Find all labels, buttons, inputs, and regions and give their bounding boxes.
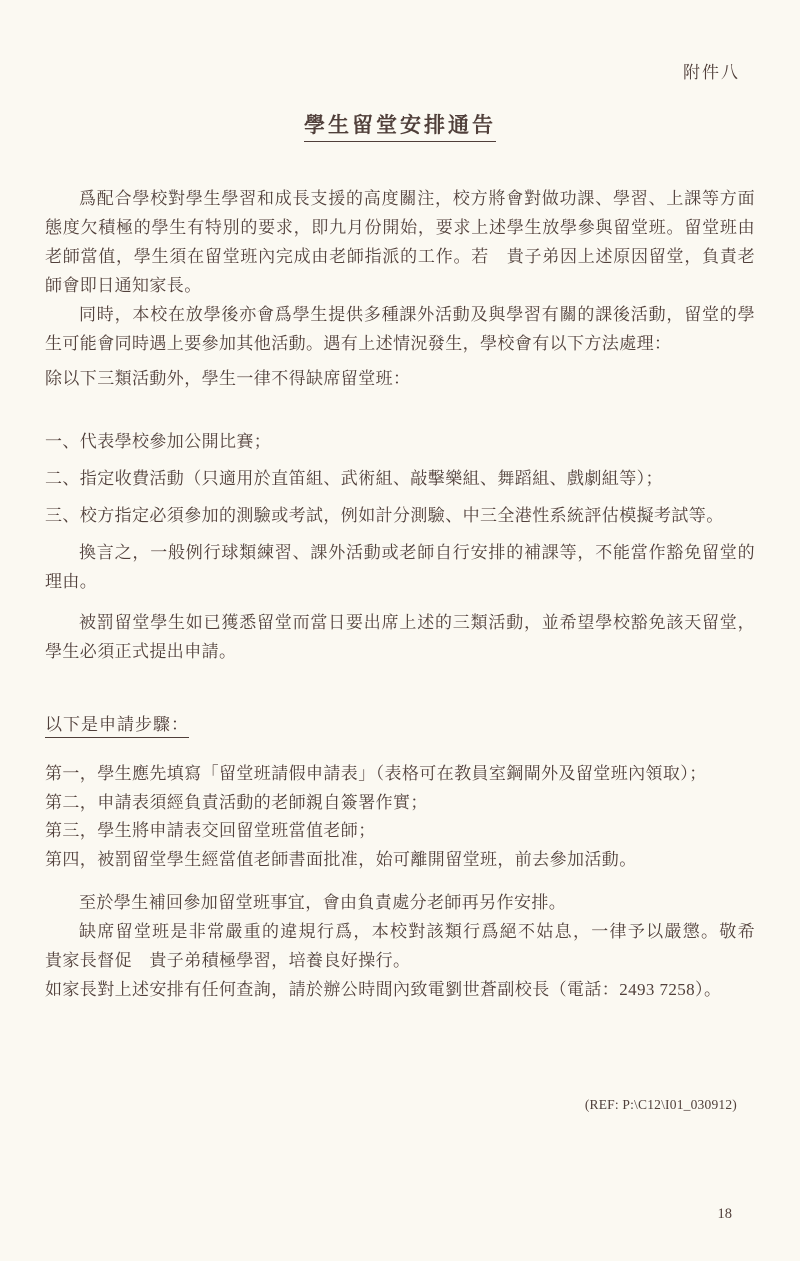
exception-item-3: 三、校方指定必須參加的測驗或考試，例如計分測驗、中三全港性系統評估模擬考試等。 xyxy=(45,501,755,530)
exception-item-1: 一、代表學校參加公開比賽； xyxy=(45,427,755,456)
step-1: 第一，學生應先填寫「留堂班請假申請表」（表格可在教員室鋼閘外及留堂班內領取）； xyxy=(45,760,755,789)
paragraph-warning: 缺席留堂班是非常嚴重的違規行爲，本校對該類行爲絕不姑息，一律予以嚴懲。敬希 貴家… xyxy=(45,917,755,975)
attachment-label: 附件八 xyxy=(45,0,755,83)
document-page: 附件八 學生留堂安排通告 爲配合學校對學生學習和成長支援的高度關注，校方將會對做… xyxy=(0,0,800,1004)
page-title: 學生留堂安排通告 xyxy=(304,109,496,142)
steps-heading: 以下是申請步驟： xyxy=(45,710,189,738)
step-4: 第四，被罰留堂學生經當值老師書面批准，始可離開留堂班，前去參加活動。 xyxy=(45,846,755,875)
no-absence-rule: 除以下三類活動外，學生一律不得缺席留堂班： xyxy=(45,364,755,393)
paragraph-enquiry: 如家長對上述安排有任何查詢，請於辦公時間內致電劉世蒼副校長（電話：2493 72… xyxy=(45,975,755,1004)
steps-list: 第一，學生應先填寫「留堂班請假申請表」（表格可在教員室鋼閘外及留堂班內領取）； … xyxy=(45,760,755,874)
paragraph-application: 被罰留堂學生如已獲悉留堂而當日要出席上述的三類活動，並希望學校豁免該天留堂，學生… xyxy=(45,608,755,666)
exception-note: 換言之，一般例行球類練習、課外活動或老師自行安排的補課等，不能當作豁免留堂的理由… xyxy=(45,538,755,596)
title-container: 學生留堂安排通告 xyxy=(45,109,755,142)
exception-item-2: 二、指定收費活動（只適用於直笛組、武術組、敲擊樂組、舞蹈組、戲劇組等）； xyxy=(45,464,755,493)
exception-list: 一、代表學校參加公開比賽； 二、指定收費活動（只適用於直笛組、武術組、敲擊樂組、… xyxy=(45,427,755,596)
paragraph-intro: 爲配合學校對學生學習和成長支援的高度關注，校方將會對做功課、學習、上課等方面態度… xyxy=(45,184,755,300)
step-3: 第三，學生將申請表交回留堂班當值老師； xyxy=(45,817,755,846)
reference-code: (REF: P:\C12\I01_030912) xyxy=(585,1097,737,1113)
step-2: 第二，申請表須經負責活動的老師親自簽署作實； xyxy=(45,789,755,818)
paragraph-makeup: 至於學生補回參加留堂班事宜，會由負責處分老師再另作安排。 xyxy=(45,888,755,917)
steps-heading-container: 以下是申請步驟： xyxy=(45,710,755,738)
page-number: 18 xyxy=(718,1206,733,1223)
paragraph-activities: 同時，本校在放學後亦會爲學生提供多種課外活動及與學習有關的課後活動，留堂的學生可… xyxy=(45,300,755,358)
